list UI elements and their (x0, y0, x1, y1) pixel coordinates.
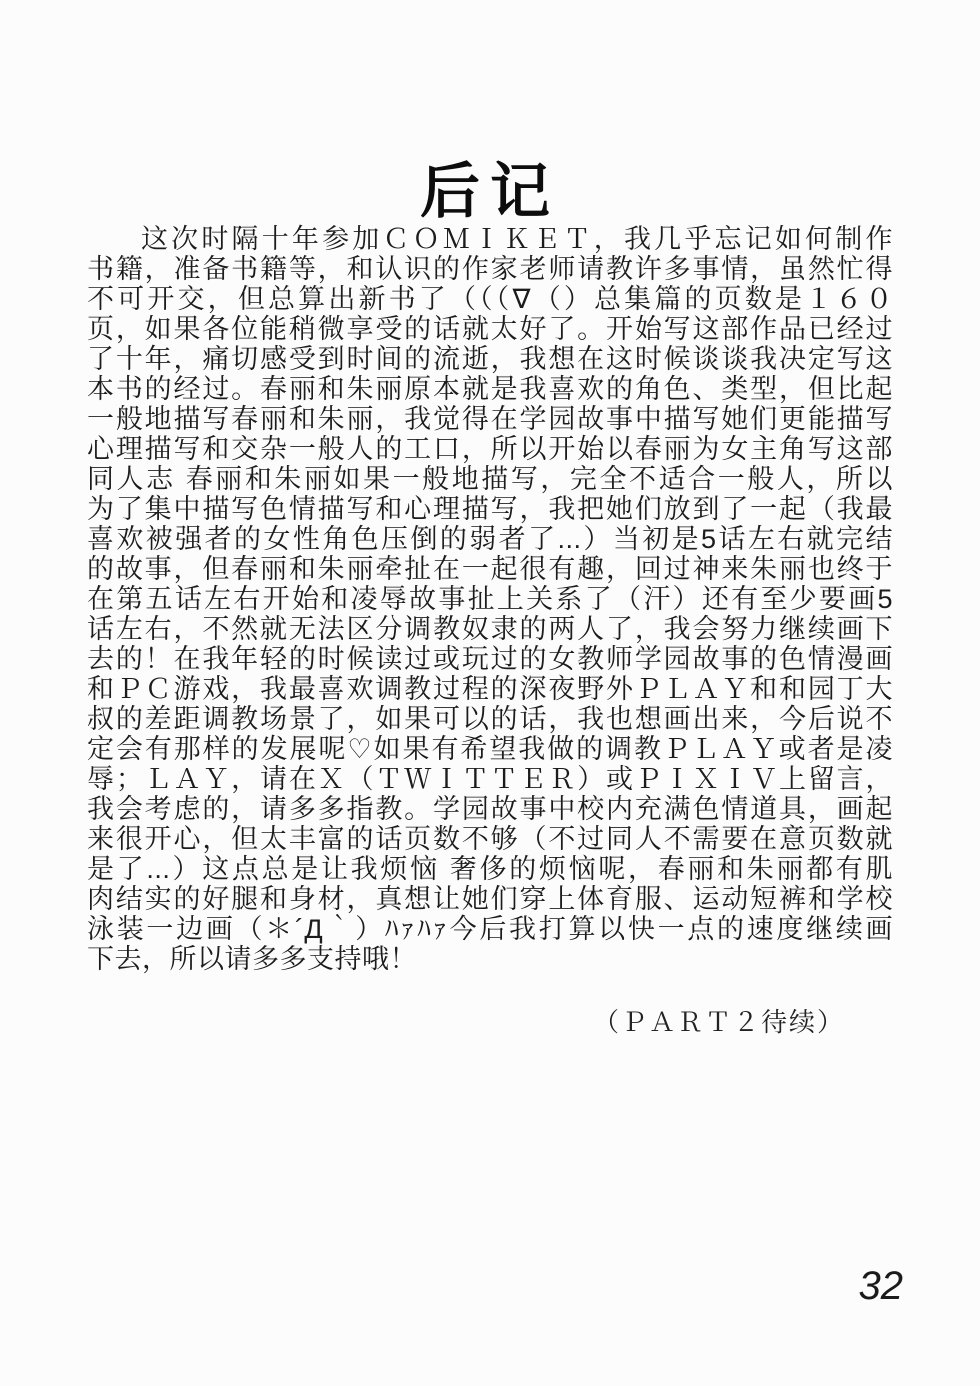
page-title: 后记 (0, 144, 980, 230)
body-text-line: 去的！在我年轻的时候读过或玩过的女教师学园故事的色情漫画 (87, 644, 893, 674)
body-text-line: 一般地描写春丽和朱丽，我觉得在学园故事中描写她们更能描写 (87, 404, 893, 434)
afterword-body: 这次时隔十年参加ＣＯＭＩＫＥＴ，我几乎忘记如何制作书籍，准备书籍等，和认识的作家… (87, 224, 893, 974)
body-text-line: 这次时隔十年参加ＣＯＭＩＫＥＴ，我几乎忘记如何制作 (87, 224, 893, 254)
afterword-page: 后记 这次时隔十年参加ＣＯＭＩＫＥＴ，我几乎忘记如何制作书籍，准备书籍等，和认识… (0, 0, 980, 1386)
body-text-line: 书籍，准备书籍等，和认识的作家老师请教许多事情，虽然忙得 (87, 254, 893, 284)
body-text-line: 定会有那样的发展呢♡如果有希望我做的调教ＰＬＡＹ或者是凌 (87, 734, 893, 764)
body-text-line: 心理描写和交杂一般人的工口，所以开始以春丽为女主角写这部 (87, 434, 893, 464)
body-text-line: 的故事，但春丽和朱丽牵扯在一起很有趣，回过神来朱丽也终于 (87, 554, 893, 584)
body-text-line: 了十年，痛切感受到时间的流逝，我想在这时候谈谈我决定写这 (87, 344, 893, 374)
body-text-line: 在第五话左右开始和凌辱故事扯上关系了（汗）还有至少要画5 (87, 584, 893, 614)
body-text-line: 为了集中描写色情描写和心理描写，我把她们放到了一起（我最 (87, 494, 893, 524)
body-text-line: 来很开心，但太丰富的话页数不够（不过同人不需要在意页数就 (87, 824, 893, 854)
body-text-line: 话左右，不然就无法区分调教奴隶的两人了，我会努力继续画下 (87, 614, 893, 644)
body-text-line: 本书的经过。春丽和朱丽原本就是我喜欢的角色、类型，但比起 (87, 374, 893, 404)
body-text-line: 我会考虑的，请多多指教。学园故事中校内充满色情道具，画起 (87, 794, 893, 824)
body-text-line: 叔的差距调教场景了，如果可以的话，我也想画出来，今后说不 (87, 704, 893, 734)
body-text-line: 辱；ＬＡＹ，请在Ｘ（ＴＷＩＴＴＥＲ）或ＰＩＸＩＶ上留言， (87, 764, 893, 794)
body-text-line: 喜欢被强者的女性角色压倒的弱者了...）当初是5话左右就完结 (87, 524, 893, 554)
body-text-line: 页，如果各位能稍微享受的话就太好了。开始写这部作品已经过 (87, 314, 893, 344)
body-text-line: 不可开交，但总算出新书了（（（∇（）总集篇的页数是１６０ (87, 284, 893, 314)
continuation-note: （ＰＡＲＴ２待续） (593, 1002, 845, 1039)
body-text-line: 和ＰＣ游戏，我最喜欢调教过程的深夜野外ＰＬＡＹ和和园丁大 (87, 674, 893, 704)
body-text-line: 同人志 春丽和朱丽如果一般地描写，完全不适合一般人，所以 (87, 464, 893, 494)
body-text-line: 是了...）这点总是让我烦恼 奢侈的烦恼呢，春丽和朱丽都有肌 (87, 854, 893, 884)
body-text-line: 肉结实的好腿和身材，真想让她们穿上体育服、运动短裤和学校 (87, 884, 893, 914)
body-text-line: 泳装一边画（＊´Д｀）ﾊｧﾊｧ今后我打算以快一点的速度继续画 (87, 914, 893, 944)
page-number: 32 (859, 1264, 904, 1309)
body-text-line: 下去，所以请多多支持哦！ (87, 944, 893, 974)
